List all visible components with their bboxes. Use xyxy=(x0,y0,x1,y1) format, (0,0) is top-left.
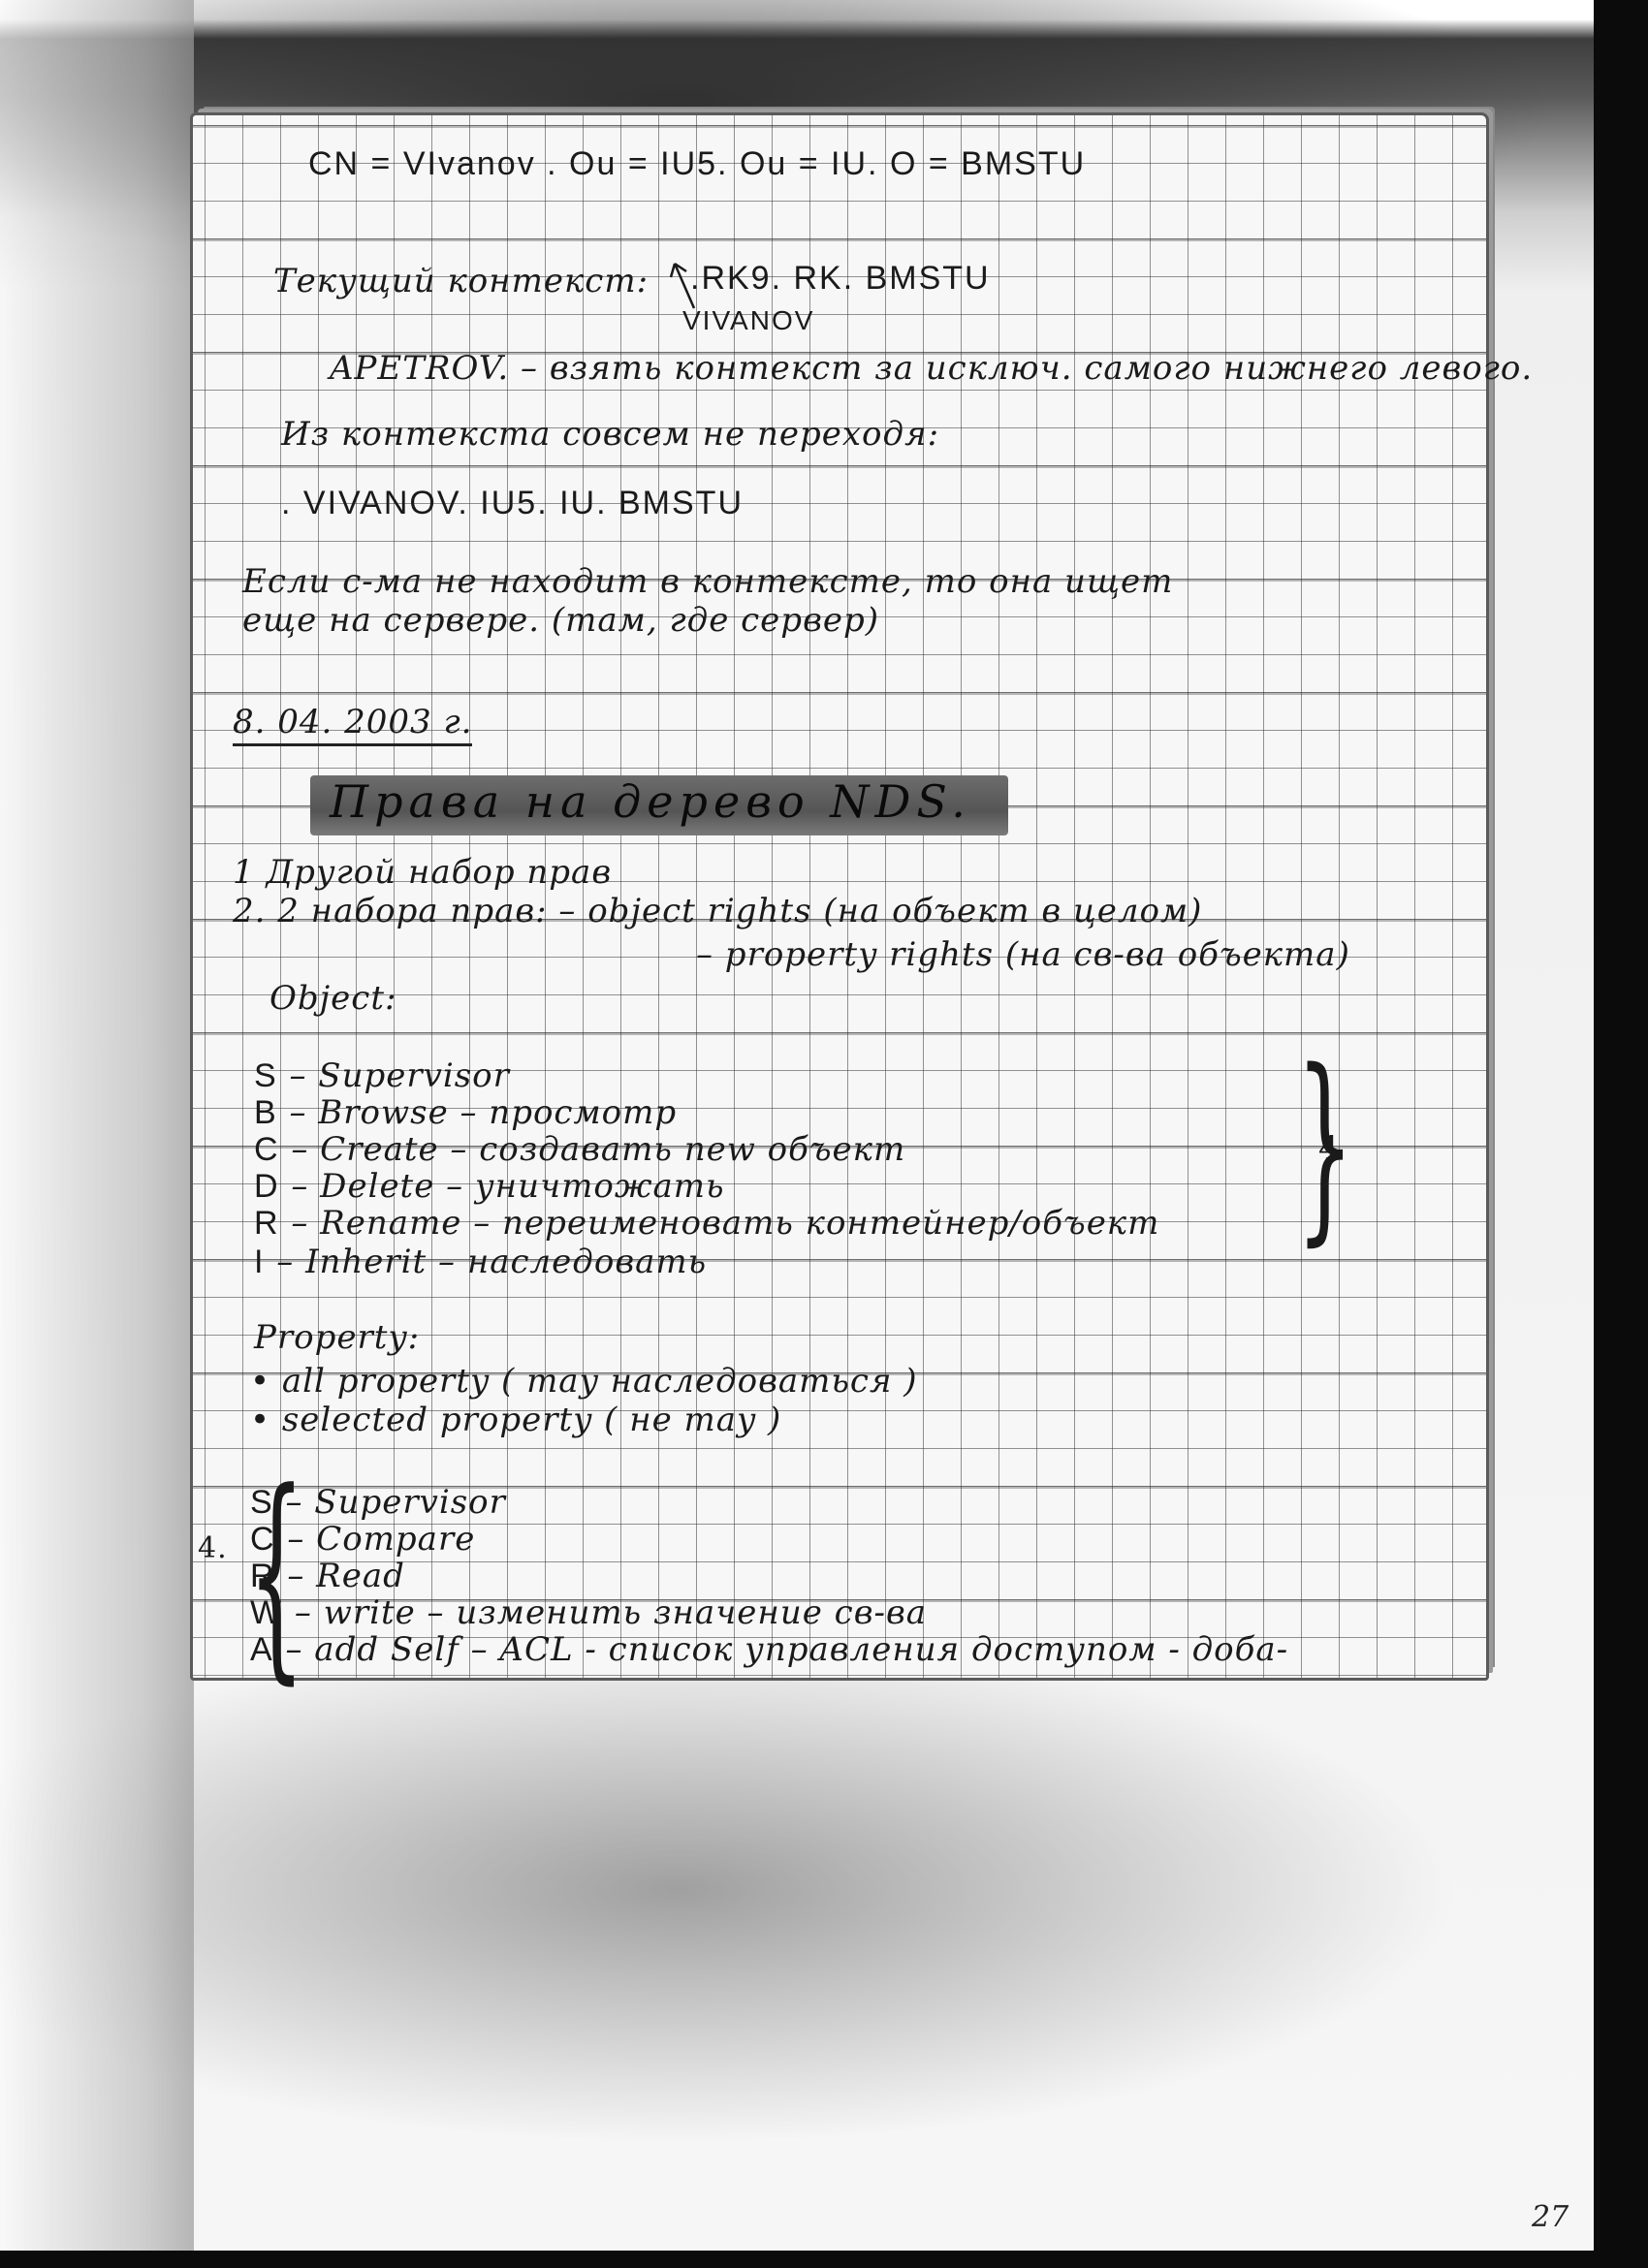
cn-line: CN = VIvanov . Ou = IU5. Ou = IU. O = BM… xyxy=(308,145,1086,183)
scan-right-border xyxy=(1594,0,1648,2268)
right-letter: R xyxy=(250,1558,276,1594)
object-brace-label: 4 xyxy=(1318,1129,1341,1168)
right-letter: D xyxy=(254,1168,280,1205)
property-item: • selected property ( не may ) xyxy=(250,1401,781,1439)
object-right-row: C – Create – создавать new объект xyxy=(254,1130,905,1169)
arrow-up-icon xyxy=(667,256,700,312)
right-letter: I xyxy=(254,1244,265,1280)
right-description: – Inherit – наследовать xyxy=(276,1243,707,1281)
right-description: – write – изменить значение св-ва xyxy=(295,1593,927,1632)
right-description: – Supervisor xyxy=(286,1483,506,1522)
item-1: 1 Другой набор прав xyxy=(233,853,612,892)
property-right-row: C – Compare xyxy=(250,1520,475,1559)
item-2-continuation: – property rights (на св-ва объекта) xyxy=(696,935,1350,974)
object-right-row: I – Inherit – наследовать xyxy=(254,1243,707,1281)
item-2: 2. 2 набора прав: – object rights (на об… xyxy=(233,892,1202,930)
from-context-line: Из контекста совсем не переходя: xyxy=(281,415,939,454)
right-description: – Supervisor xyxy=(290,1056,510,1095)
apetrov-line: APETROV. – взять контекст за исключ. сам… xyxy=(330,349,1533,388)
right-letter: C xyxy=(250,1521,276,1558)
property-label: Property: xyxy=(254,1318,420,1357)
scan-left-shadow xyxy=(0,0,194,2268)
object-right-row: R – Rename – переименовать контейнер/объ… xyxy=(254,1204,1159,1243)
property-brace-label: 4. xyxy=(198,1531,228,1565)
property-right-row: R – Read xyxy=(250,1557,405,1595)
right-description: – Browse – просмотр xyxy=(290,1093,678,1132)
property-right-row: W – write – изменить значение св-ва xyxy=(250,1593,927,1632)
property-right-row: S – Supervisor xyxy=(250,1483,506,1522)
right-letter: S xyxy=(254,1057,278,1094)
right-letter: B xyxy=(254,1094,278,1131)
current-context-arrow-target: VIVANOV xyxy=(682,305,814,336)
right-description: – add Self – ACL - список управления дос… xyxy=(286,1630,1289,1669)
object-right-row: B – Browse – просмотр xyxy=(254,1093,677,1132)
date: 8. 04. 2003 г. xyxy=(233,703,472,746)
scan-bottom-border xyxy=(0,2251,1648,2268)
right-description: – Compare xyxy=(287,1520,475,1559)
right-letter: S xyxy=(250,1484,274,1521)
section-heading: Права на дерево NDS. xyxy=(330,775,971,828)
object-right-row: S – Supervisor xyxy=(254,1056,510,1095)
right-description: – Rename – переименовать контейнер/объек… xyxy=(291,1204,1159,1243)
right-description: – Delete – уничтожать xyxy=(291,1167,724,1206)
right-letter: W xyxy=(250,1594,283,1631)
right-description: – Create – создавать new объект xyxy=(291,1130,905,1169)
page-number: 27 xyxy=(1532,2200,1569,2234)
search-line-2: еще на сервере. (там, где сервер) xyxy=(242,601,879,640)
right-description: – Read xyxy=(287,1557,405,1595)
right-letter: R xyxy=(254,1205,280,1242)
property-right-row: A – add Self – ACL - список управления д… xyxy=(250,1630,1288,1669)
vivanov-path: . VIVANOV. IU5. IU. BMSTU xyxy=(281,485,744,522)
right-letter: A xyxy=(250,1631,274,1668)
object-label: Object: xyxy=(269,979,396,1018)
search-line-1: Если с-ма не находит в контексте, то она… xyxy=(242,562,1173,601)
object-right-row: D – Delete – уничтожать xyxy=(254,1167,725,1206)
current-context-value: .RK9. RK. BMSTU xyxy=(690,260,991,298)
current-context-label: Текущий контекст: xyxy=(273,262,649,300)
property-item: • all property ( may наследоваться ) xyxy=(250,1362,918,1401)
right-letter: C xyxy=(254,1131,280,1168)
